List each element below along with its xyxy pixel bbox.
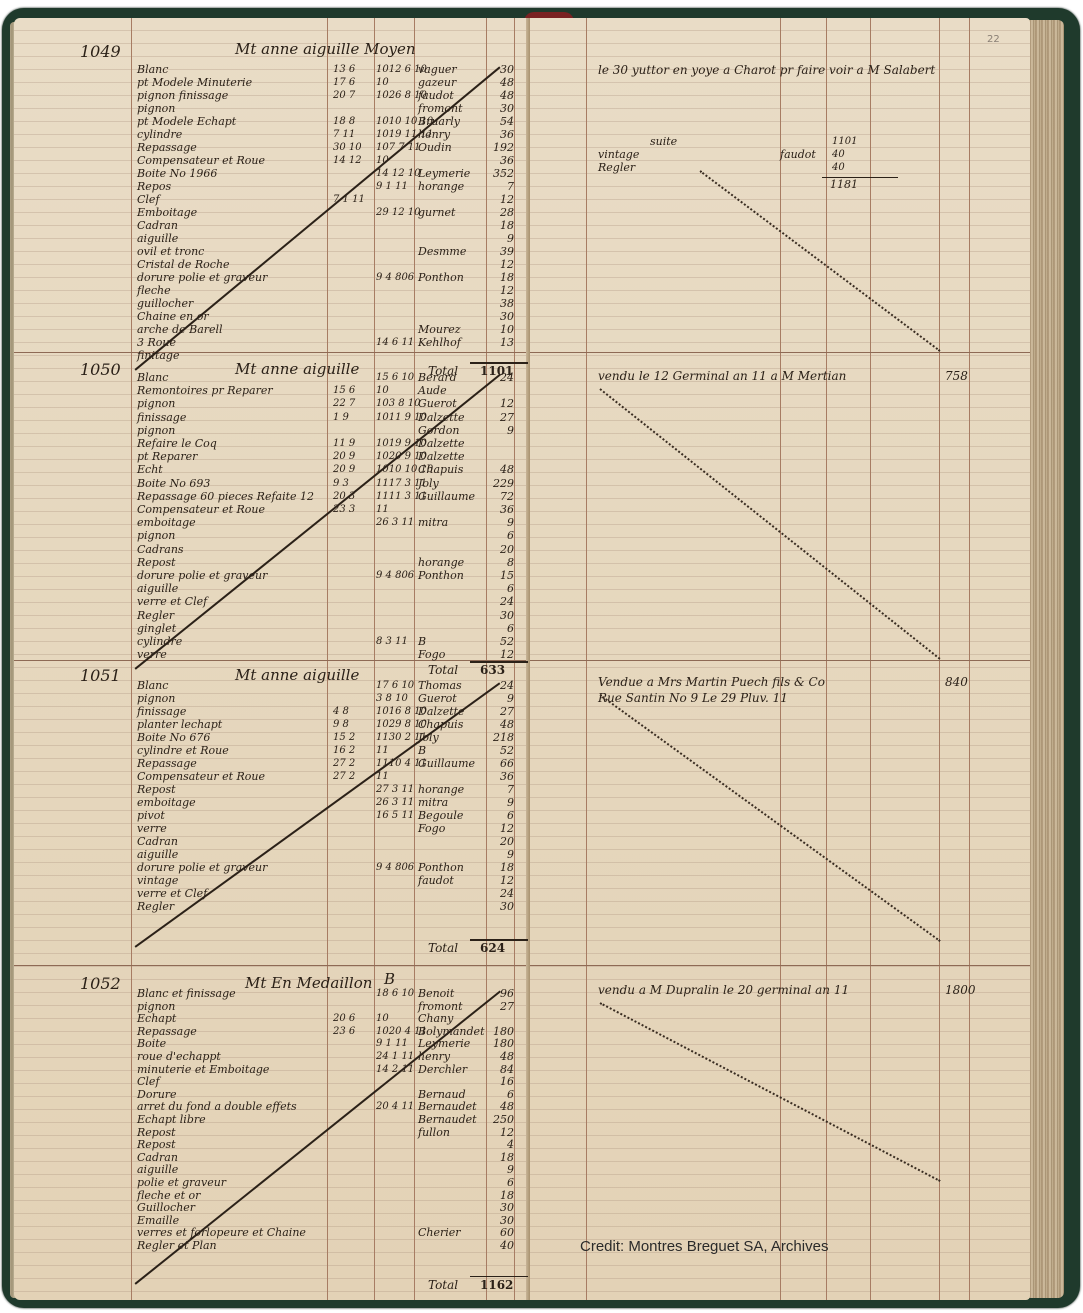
item-price: 27 xyxy=(486,706,514,717)
entry-total: 1162 xyxy=(480,1279,513,1291)
item-description: pignon xyxy=(137,103,175,114)
delivery-number: 9 4 806 xyxy=(376,273,414,283)
sale-sub-item: suite xyxy=(650,136,677,147)
maker-name: Chapuis xyxy=(418,464,463,475)
item-price: 72 xyxy=(486,491,514,502)
maker-name: Mourez xyxy=(418,324,461,335)
delivery-number: 26 3 11 xyxy=(376,518,414,528)
item-description: roue d'echappt xyxy=(137,1051,221,1062)
item-price: 27 xyxy=(486,1001,514,1012)
item-description: Echapt libre xyxy=(137,1114,206,1125)
item-price: 40 xyxy=(486,1240,514,1251)
item-price: 48 xyxy=(486,90,514,101)
item-description: Compensateur et Roue xyxy=(137,155,265,166)
order-number: 20 6 xyxy=(333,1014,355,1024)
margin-rule xyxy=(131,18,132,1300)
item-price: 12 xyxy=(486,875,514,886)
item-price: 28 xyxy=(486,207,514,218)
item-price: 18 xyxy=(486,220,514,231)
column-rule xyxy=(780,18,781,1300)
item-description: Compensateur et Roue xyxy=(137,504,265,515)
item-price: 218 xyxy=(486,732,514,743)
item-description: Clef xyxy=(137,1076,160,1087)
maker-name: Bernaud xyxy=(418,1089,466,1100)
total-label: Total xyxy=(428,664,458,676)
item-price: 30 xyxy=(486,311,514,322)
item-description: Clef xyxy=(137,194,160,205)
item-description: Guillocher xyxy=(137,1202,195,1213)
delivery-number: 20 4 11 xyxy=(376,1102,414,1112)
item-price: 6 xyxy=(486,623,514,634)
item-price: 229 xyxy=(486,478,514,489)
item-price: 48 xyxy=(486,1101,514,1112)
section-divider xyxy=(14,660,529,661)
item-price: 84 xyxy=(486,1064,514,1075)
item-description: Boite No 1966 xyxy=(137,168,217,179)
column-rule xyxy=(870,18,871,1300)
item-description: Repassage xyxy=(137,142,197,153)
entry-number: 1049 xyxy=(80,44,121,60)
item-description: fleche et or xyxy=(137,1190,200,1201)
item-price: 24 xyxy=(486,596,514,607)
page-number: 22 xyxy=(987,34,1000,45)
maker-name: Fogo xyxy=(418,649,445,660)
delivery-number: 10 xyxy=(376,1014,389,1024)
item-description: Boite No 676 xyxy=(137,732,210,743)
delivery-number: 15 6 10 xyxy=(376,373,414,383)
item-description: guillocher xyxy=(137,298,193,309)
entry-heading: Mt anne aiguille xyxy=(235,668,359,683)
item-description: pt Modele Echapt xyxy=(137,116,236,127)
maker-name: faudot xyxy=(418,90,454,101)
item-description: fleche xyxy=(137,285,171,296)
item-price: 20 xyxy=(486,836,514,847)
item-price: 12 xyxy=(486,1127,514,1138)
maker-name: Fogo xyxy=(418,823,445,834)
delivery-number: 10 xyxy=(376,386,389,396)
item-description: aiguille xyxy=(137,583,178,594)
sale-note: Vendue a Mrs Martin Puech fils & Co xyxy=(598,676,825,688)
item-price: 12 xyxy=(486,823,514,834)
section-divider xyxy=(14,965,529,966)
item-description: finissage xyxy=(137,412,186,423)
maker-name: Guerot xyxy=(418,693,457,704)
item-description: finissage xyxy=(137,706,186,717)
delivery-number: 9 4 806 xyxy=(376,863,414,873)
maker-name: Joly xyxy=(418,478,439,489)
section-divider xyxy=(530,965,1030,966)
maker-name: mitra xyxy=(418,517,448,528)
item-price: 180 xyxy=(486,1038,514,1049)
item-price: 18 xyxy=(486,272,514,283)
maker-name: faudot xyxy=(418,875,454,886)
item-price: 8 xyxy=(486,557,514,568)
item-description: Boite No 693 xyxy=(137,478,210,489)
order-number: 27 2 xyxy=(333,772,355,782)
item-description: Cadran xyxy=(137,220,178,231)
maker-name: Bernaudet xyxy=(418,1114,477,1125)
item-description: Blanc xyxy=(137,64,168,75)
column-rule xyxy=(514,18,515,1300)
total-underline xyxy=(470,1276,528,1278)
order-number: 15 2 xyxy=(333,733,355,743)
item-price: 10 xyxy=(486,324,514,335)
entry-total: 633 xyxy=(480,664,505,676)
item-description: Repassage xyxy=(137,1026,197,1037)
item-description: Repost xyxy=(137,1139,176,1150)
item-description: Cadrans xyxy=(137,544,184,555)
maker-name: mitra xyxy=(418,797,448,808)
delivery-number: 9 1 11 xyxy=(376,1039,408,1049)
delivery-number: 14 12 10 xyxy=(376,169,421,179)
maker-name: Desmme xyxy=(418,246,466,257)
maker-name: fromont xyxy=(418,103,463,114)
order-number: 20 7 xyxy=(333,91,355,101)
item-description: Repost xyxy=(137,557,176,568)
order-number: 9 8 xyxy=(333,720,349,730)
item-price: 4 xyxy=(486,1139,514,1150)
item-description: ginglet xyxy=(137,623,176,634)
maker-name: fromont xyxy=(418,1001,463,1012)
order-number: 23 6 xyxy=(333,1027,355,1037)
order-number: 20 9 xyxy=(333,452,355,462)
maker-name: Thomas xyxy=(418,680,462,691)
item-price: 352 xyxy=(486,168,514,179)
item-description: Echt xyxy=(137,464,163,475)
maker-name: fullon xyxy=(418,1127,450,1138)
item-description: aiguille xyxy=(137,233,178,244)
item-price: 9 xyxy=(486,849,514,860)
sale-note-address: Rue Santin No 9 Le 29 Pluv. 11 xyxy=(598,692,788,704)
section-divider xyxy=(14,352,529,353)
item-description: Cadran xyxy=(137,836,178,847)
item-description: Emaille xyxy=(137,1215,179,1226)
total-underline xyxy=(470,939,528,941)
item-description: planter lechapt xyxy=(137,719,222,730)
maker-name: Leymerie xyxy=(418,168,470,179)
item-price: 36 xyxy=(486,155,514,166)
maker-name: B xyxy=(418,745,426,756)
item-description: minuterie et Emboitage xyxy=(137,1064,269,1075)
item-description: verre et Clef xyxy=(137,596,207,607)
column-rule xyxy=(586,18,587,1300)
item-description: Cadran xyxy=(137,1152,178,1163)
item-price: 36 xyxy=(486,129,514,140)
item-description: Echapt xyxy=(137,1013,176,1024)
item-description: Repassage 60 pieces Refaite 12 xyxy=(137,491,314,502)
item-description: emboitage xyxy=(137,797,196,808)
sale-sub-maker: faudot xyxy=(780,149,816,160)
item-price: 30 xyxy=(486,610,514,621)
item-description: finitage xyxy=(137,350,179,361)
delivery-number: 26 3 11 xyxy=(376,798,414,808)
maker-name: Kehlhof xyxy=(418,337,461,348)
maker-name: horange xyxy=(418,784,464,795)
item-description: Boite xyxy=(137,1038,166,1049)
item-description: pignon xyxy=(137,693,175,704)
item-price: 6 xyxy=(486,583,514,594)
item-price: 12 xyxy=(486,649,514,660)
delivery-number: 16 5 11 xyxy=(376,811,414,821)
item-description: Compensateur et Roue xyxy=(137,771,265,782)
item-price: 6 xyxy=(486,1089,514,1100)
maker-name: Benoit xyxy=(418,988,454,999)
item-description: ovil et tronc xyxy=(137,246,204,257)
item-price: 9 xyxy=(486,517,514,528)
item-price: 24 xyxy=(486,888,514,899)
item-price: 30 xyxy=(486,103,514,114)
item-description: Blanc et finissage xyxy=(137,988,236,999)
order-number: 27 2 xyxy=(333,759,355,769)
delivery-number: 9 4 806 xyxy=(376,571,414,581)
order-number: 7 11 xyxy=(333,130,355,140)
item-price: 13 xyxy=(486,337,514,348)
item-price: 12 xyxy=(486,259,514,270)
item-description: Cristal de Roche xyxy=(137,259,230,270)
item-description: Blanc xyxy=(137,680,168,691)
maker-name: Derchler xyxy=(418,1064,467,1075)
maker-name: Dalzette xyxy=(418,451,465,462)
item-description: Regler xyxy=(137,610,174,621)
sale-sub-item: vintage xyxy=(598,149,639,160)
section-divider xyxy=(530,660,1030,661)
item-description: pignon xyxy=(137,530,175,541)
maker-name: Guillaume xyxy=(418,491,475,502)
maker-name: Ponthon xyxy=(418,570,464,581)
item-price: 18 xyxy=(486,862,514,873)
maker-name: gurnet xyxy=(418,207,455,218)
maker-name: Leymerie xyxy=(418,1038,470,1049)
maker-name: B xyxy=(418,636,426,647)
item-price: 38 xyxy=(486,298,514,309)
order-number: 30 10 xyxy=(333,143,362,153)
maker-name: Aude xyxy=(418,385,447,396)
item-price: 48 xyxy=(486,1051,514,1062)
order-number: 11 9 xyxy=(333,439,355,449)
item-price: 36 xyxy=(486,771,514,782)
item-price: 15 xyxy=(486,570,514,581)
item-price: 7 xyxy=(486,784,514,795)
maker-name: Ponthon xyxy=(418,862,464,873)
item-price: 18 xyxy=(486,1190,514,1201)
item-description: aiguille xyxy=(137,849,178,860)
item-price: 9 xyxy=(486,1164,514,1175)
item-description: pignon xyxy=(137,425,175,436)
sale-note: vendu a M Dupralin le 20 germinal an 11 xyxy=(598,984,849,996)
entry-total: 624 xyxy=(480,942,505,954)
delivery-number: 24 1 11 xyxy=(376,1052,414,1062)
delivery-number: 10 xyxy=(376,78,389,88)
total-label: Total xyxy=(428,942,458,954)
item-description: vintage xyxy=(137,875,178,886)
item-price: 30 xyxy=(486,901,514,912)
item-description: emboitage xyxy=(137,517,196,528)
item-price: 20 xyxy=(486,544,514,555)
item-price: 192 xyxy=(486,142,514,153)
item-description: Remontoires pr Reparer xyxy=(137,385,273,396)
item-price: 6 xyxy=(486,1177,514,1188)
sale-note: le 30 yuttor en yoye a Charot pr faire v… xyxy=(598,64,935,76)
delivery-number: 29 12 10 xyxy=(376,208,421,218)
item-price: 9 xyxy=(486,233,514,244)
maker-name: horange xyxy=(418,557,464,568)
entry-heading: Mt anne aiguille Moyen xyxy=(235,42,416,57)
delivery-number: 11 xyxy=(376,746,389,756)
column-rule xyxy=(969,18,970,1300)
order-number: 18 8 xyxy=(333,117,355,127)
section-divider xyxy=(530,352,1030,353)
sale-price: 758 xyxy=(945,370,968,382)
item-price: 54 xyxy=(486,116,514,127)
entry-number: 1051 xyxy=(80,668,121,684)
total-underline xyxy=(470,661,528,663)
sale-price: 840 xyxy=(945,676,968,688)
order-number: 22 7 xyxy=(333,399,355,409)
delivery-number: 9 1 11 xyxy=(376,182,408,192)
item-price: 66 xyxy=(486,758,514,769)
item-price: 30 xyxy=(486,1215,514,1226)
delivery-number: 14 6 11 xyxy=(376,338,414,348)
item-price: 9 xyxy=(486,425,514,436)
sale-sub-amount: 1101 xyxy=(832,137,857,147)
order-number: 13 6 xyxy=(333,65,355,75)
total-label: Total xyxy=(428,1279,458,1291)
item-description: cylindre xyxy=(137,129,182,140)
item-description: Dorure xyxy=(137,1089,177,1100)
maker-name: gazeur xyxy=(418,77,456,88)
item-description: Repos xyxy=(137,181,171,192)
delivery-number: 27 3 11 xyxy=(376,785,414,795)
column-rule xyxy=(826,18,827,1300)
order-number: 4 8 xyxy=(333,707,349,717)
item-description: polie et graveur xyxy=(137,1177,226,1188)
maker-name: Oudin xyxy=(418,142,452,153)
delivery-number: 11 xyxy=(376,772,389,782)
sale-sub-amount: 40 xyxy=(832,150,845,160)
delivery-number: 18 6 10 xyxy=(376,989,414,999)
delivery-number: 3 8 10 xyxy=(376,694,408,704)
item-price: 12 xyxy=(486,194,514,205)
delivery-number: 17 6 10 xyxy=(376,681,414,691)
maker-name: Bernaudet xyxy=(418,1101,477,1112)
item-description: pignon xyxy=(137,398,175,409)
total-underline xyxy=(470,362,528,364)
maker-name: Chany xyxy=(418,1013,453,1024)
item-description: pivot xyxy=(137,810,165,821)
maker-name: Ponthon xyxy=(418,272,464,283)
item-description: cylindre et Roue xyxy=(137,745,229,756)
order-number: 20 9 xyxy=(333,465,355,475)
delivery-number: 11 xyxy=(376,505,389,515)
delivery-number: 103 8 10 xyxy=(376,399,421,409)
item-description: pt Modele Minuterie xyxy=(137,77,252,88)
item-price: 16 xyxy=(486,1076,514,1087)
entry-heading: Mt En Medaillon xyxy=(245,976,372,991)
item-description: Repost xyxy=(137,784,176,795)
maker-name: Begoule xyxy=(418,810,463,821)
maker-name: Guerot xyxy=(418,398,457,409)
item-description: pignon xyxy=(137,1001,175,1012)
order-number: 9 3 xyxy=(333,479,349,489)
item-price: 250 xyxy=(486,1114,514,1125)
item-price: 48 xyxy=(486,719,514,730)
image-credit: Credit: Montres Breguet SA, Archives xyxy=(580,1238,828,1255)
maker-name: Bolymandet xyxy=(418,1026,484,1037)
heading-mark: B xyxy=(384,972,395,987)
item-description: Repassage xyxy=(137,758,197,769)
item-price: 7 xyxy=(486,181,514,192)
item-price: 60 xyxy=(486,1227,514,1238)
item-description: verre et Clef xyxy=(137,888,207,899)
entry-number: 1050 xyxy=(80,362,121,378)
sale-price: 1800 xyxy=(945,984,976,996)
item-price: 6 xyxy=(486,810,514,821)
sale-subtotal: 1181 xyxy=(830,179,858,190)
item-price: 18 xyxy=(486,1152,514,1163)
maker-name: Cherier xyxy=(418,1227,461,1238)
item-price: 36 xyxy=(486,504,514,515)
item-description: Regler xyxy=(137,901,174,912)
item-price: 9 xyxy=(486,693,514,704)
item-price: 12 xyxy=(486,398,514,409)
item-description: Emboitage xyxy=(137,207,197,218)
order-number: 14 12 xyxy=(333,156,362,166)
order-number: 15 6 xyxy=(333,386,355,396)
item-description: Refaire le Coq xyxy=(137,438,217,449)
item-description: Repost xyxy=(137,1127,176,1138)
item-price: 52 xyxy=(486,636,514,647)
order-number: 1 9 xyxy=(333,413,349,423)
item-description: verre xyxy=(137,823,167,834)
item-price: 12 xyxy=(486,285,514,296)
order-number: 17 6 xyxy=(333,78,355,88)
item-description: pignon finissage xyxy=(137,90,228,101)
item-description: arret du fond a double effets xyxy=(137,1101,297,1112)
item-description: Blanc xyxy=(137,372,168,383)
item-price: 180 xyxy=(486,1026,514,1037)
right-page xyxy=(530,18,1030,1300)
item-price: 39 xyxy=(486,246,514,257)
maker-name: Berard xyxy=(418,372,457,383)
item-description: pt Reparer xyxy=(137,451,197,462)
item-description: cylindre xyxy=(137,636,182,647)
item-description: aiguille xyxy=(137,1164,178,1175)
maker-name: Guillaume xyxy=(418,758,475,769)
maker-name: vaguer xyxy=(418,64,457,75)
entry-number: 1052 xyxy=(80,976,121,992)
sale-sub-item: Regler xyxy=(598,162,635,173)
entry-heading: Mt anne aiguille xyxy=(235,362,359,377)
item-description: verres et forlopeure et Chaine xyxy=(137,1227,306,1238)
sale-sub-amount: 40 xyxy=(832,163,845,173)
item-price: 9 xyxy=(486,797,514,808)
item-price: 48 xyxy=(486,464,514,475)
order-number: 16 2 xyxy=(333,746,355,756)
column-rule xyxy=(374,18,375,1300)
item-price: 27 xyxy=(486,412,514,423)
sale-note: vendu le 12 Germinal an 11 a M Mertian xyxy=(598,370,846,382)
item-price: 52 xyxy=(486,745,514,756)
item-price: 30 xyxy=(486,1202,514,1213)
delivery-number: 8 3 11 xyxy=(376,637,408,647)
item-price: 6 xyxy=(486,530,514,541)
maker-name: Dalzette xyxy=(418,438,465,449)
item-price: 48 xyxy=(486,77,514,88)
maker-name: horange xyxy=(418,181,464,192)
